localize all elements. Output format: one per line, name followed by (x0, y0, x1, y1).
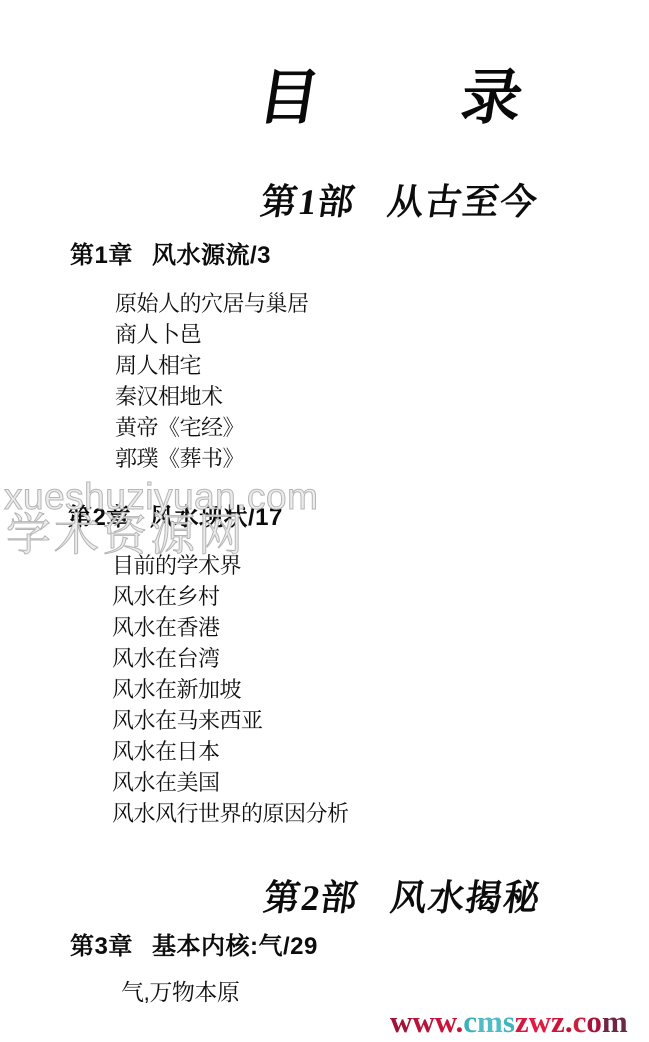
toc-item: 风水在新加坡 (112, 674, 349, 705)
toc-item: 风水在香港 (112, 612, 349, 643)
chapter-3-items: 气,万物本原 (121, 977, 239, 1008)
toc-item: 周人相宅 (115, 350, 309, 381)
toc-item: 风水在台湾 (112, 643, 349, 674)
scanned-page: 目 录 第1部 从古至今 第1章 风水源流/3 原始人的穴居与巢居 商人卜邑 周… (0, 0, 649, 1042)
part-1-heading: 第1部 从古至今 (258, 181, 541, 223)
chapter-1-items: 原始人的穴居与巢居 商人卜邑 周人相宅 秦汉相地术 黄帝《宅经》 郭璞《葬书》 (115, 288, 309, 474)
chapter-1-heading: 第1章 风水源流/3 (70, 241, 271, 270)
chapter-3-heading: 第3章 基本内核:气/29 (70, 932, 318, 961)
toc-item: 风水在美国 (112, 767, 349, 798)
watermark-line-2: 学术资源网 (6, 510, 246, 560)
part-2-heading: 第2部 风水揭秘 (261, 877, 544, 919)
page-title: 目 录 (254, 66, 527, 130)
toc-item: 风水在日本 (112, 736, 349, 767)
toc-item: 风水在乡村 (112, 581, 349, 612)
toc-item: 商人卜邑 (115, 319, 309, 350)
toc-item: 黄帝《宅经》 (115, 412, 309, 443)
toc-item: 原始人的穴居与巢居 (115, 288, 309, 319)
site-url-watermark: www.cmszwz.com (390, 1005, 628, 1039)
chapter-2-items: 目前的学术界 风水在乡村 风水在香港 风水在台湾 风水在新加坡 风水在马来西亚 … (112, 550, 349, 829)
toc-item: 气,万物本原 (121, 977, 239, 1008)
toc-item: 风水风行世界的原因分析 (112, 798, 349, 829)
toc-item: 秦汉相地术 (115, 381, 309, 412)
toc-item: 风水在马来西亚 (112, 705, 349, 736)
toc-item: 郭璞《葬书》 (115, 443, 309, 474)
